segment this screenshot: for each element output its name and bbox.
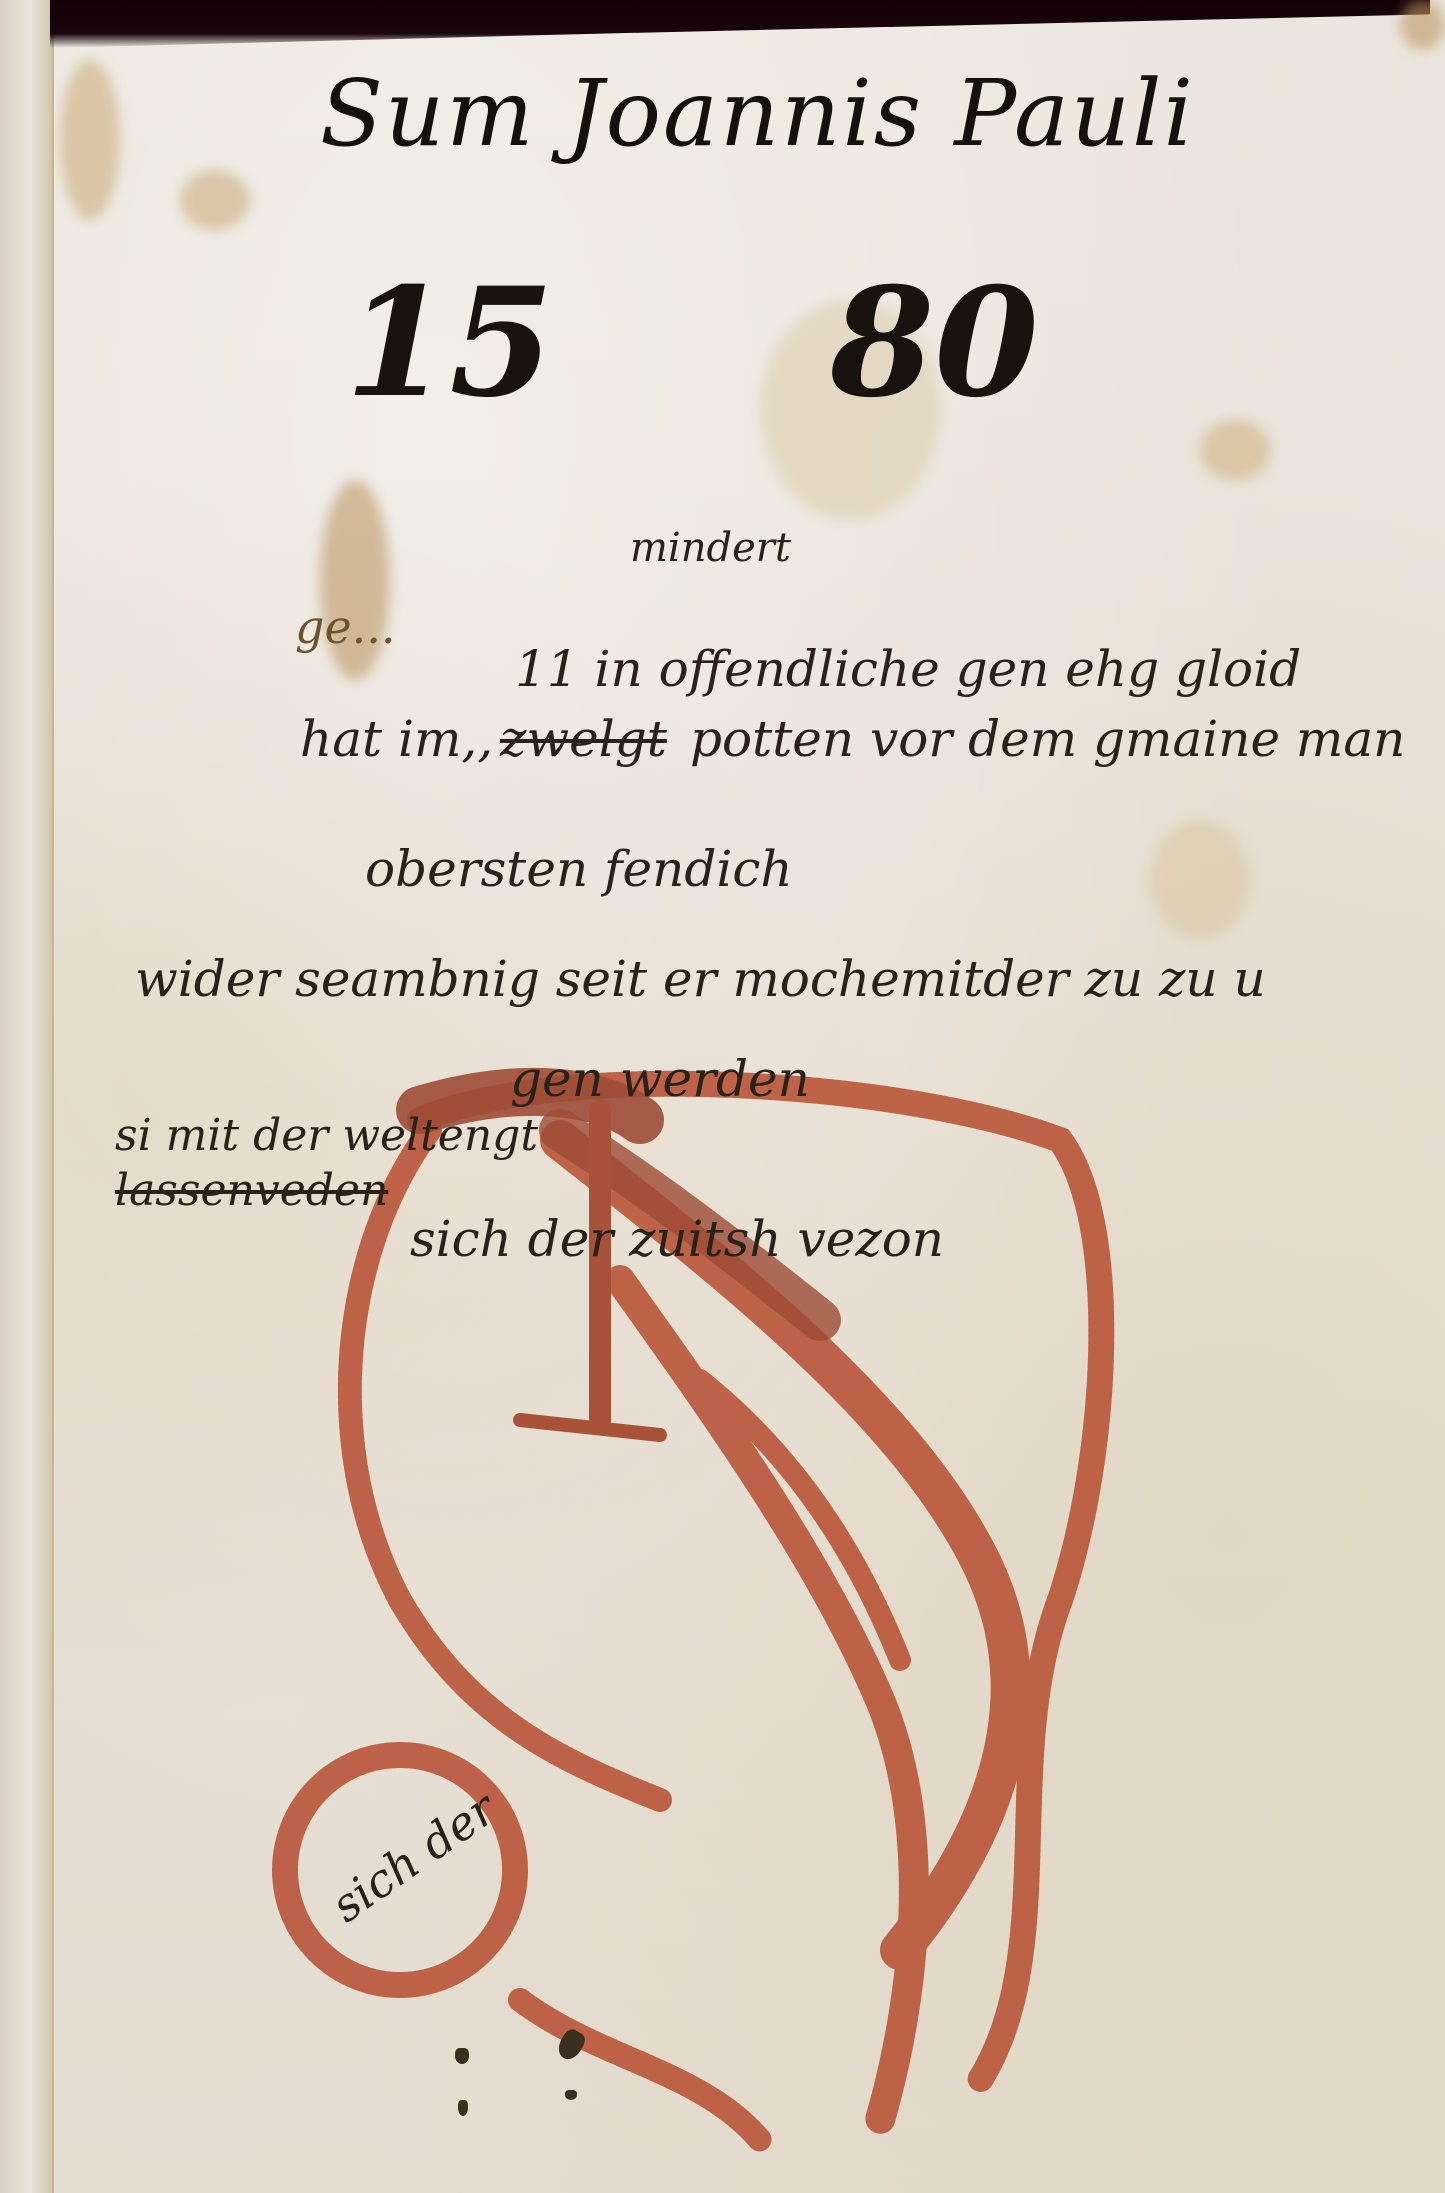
line-si-mit: si mit der weltengt <box>115 1110 538 1161</box>
line-obersten: obersten fendich <box>365 840 793 898</box>
ink-mark <box>458 2100 468 2116</box>
line-wider: wider seambnig seit er mochemitder zu zu… <box>135 950 1266 1008</box>
line-potten: potten vor dem gmaine man <box>690 710 1405 768</box>
ink-mark <box>565 2090 577 2100</box>
line-struck-word: zwelgt <box>500 710 667 768</box>
margin-note: ge... <box>295 600 396 654</box>
line-sich-der: sich der zuitsh vezon <box>410 1210 944 1268</box>
line-hat-im: hat im,, <box>300 710 493 768</box>
ink-mark <box>455 2048 469 2064</box>
line-offendliche: 11 in offendliche gen ehg gloid <box>515 640 1301 698</box>
line-mindert: mindert <box>630 525 791 571</box>
line-struck-lassen: lassenveden <box>115 1165 388 1216</box>
line-gen-werden: gen werden <box>510 1050 810 1108</box>
